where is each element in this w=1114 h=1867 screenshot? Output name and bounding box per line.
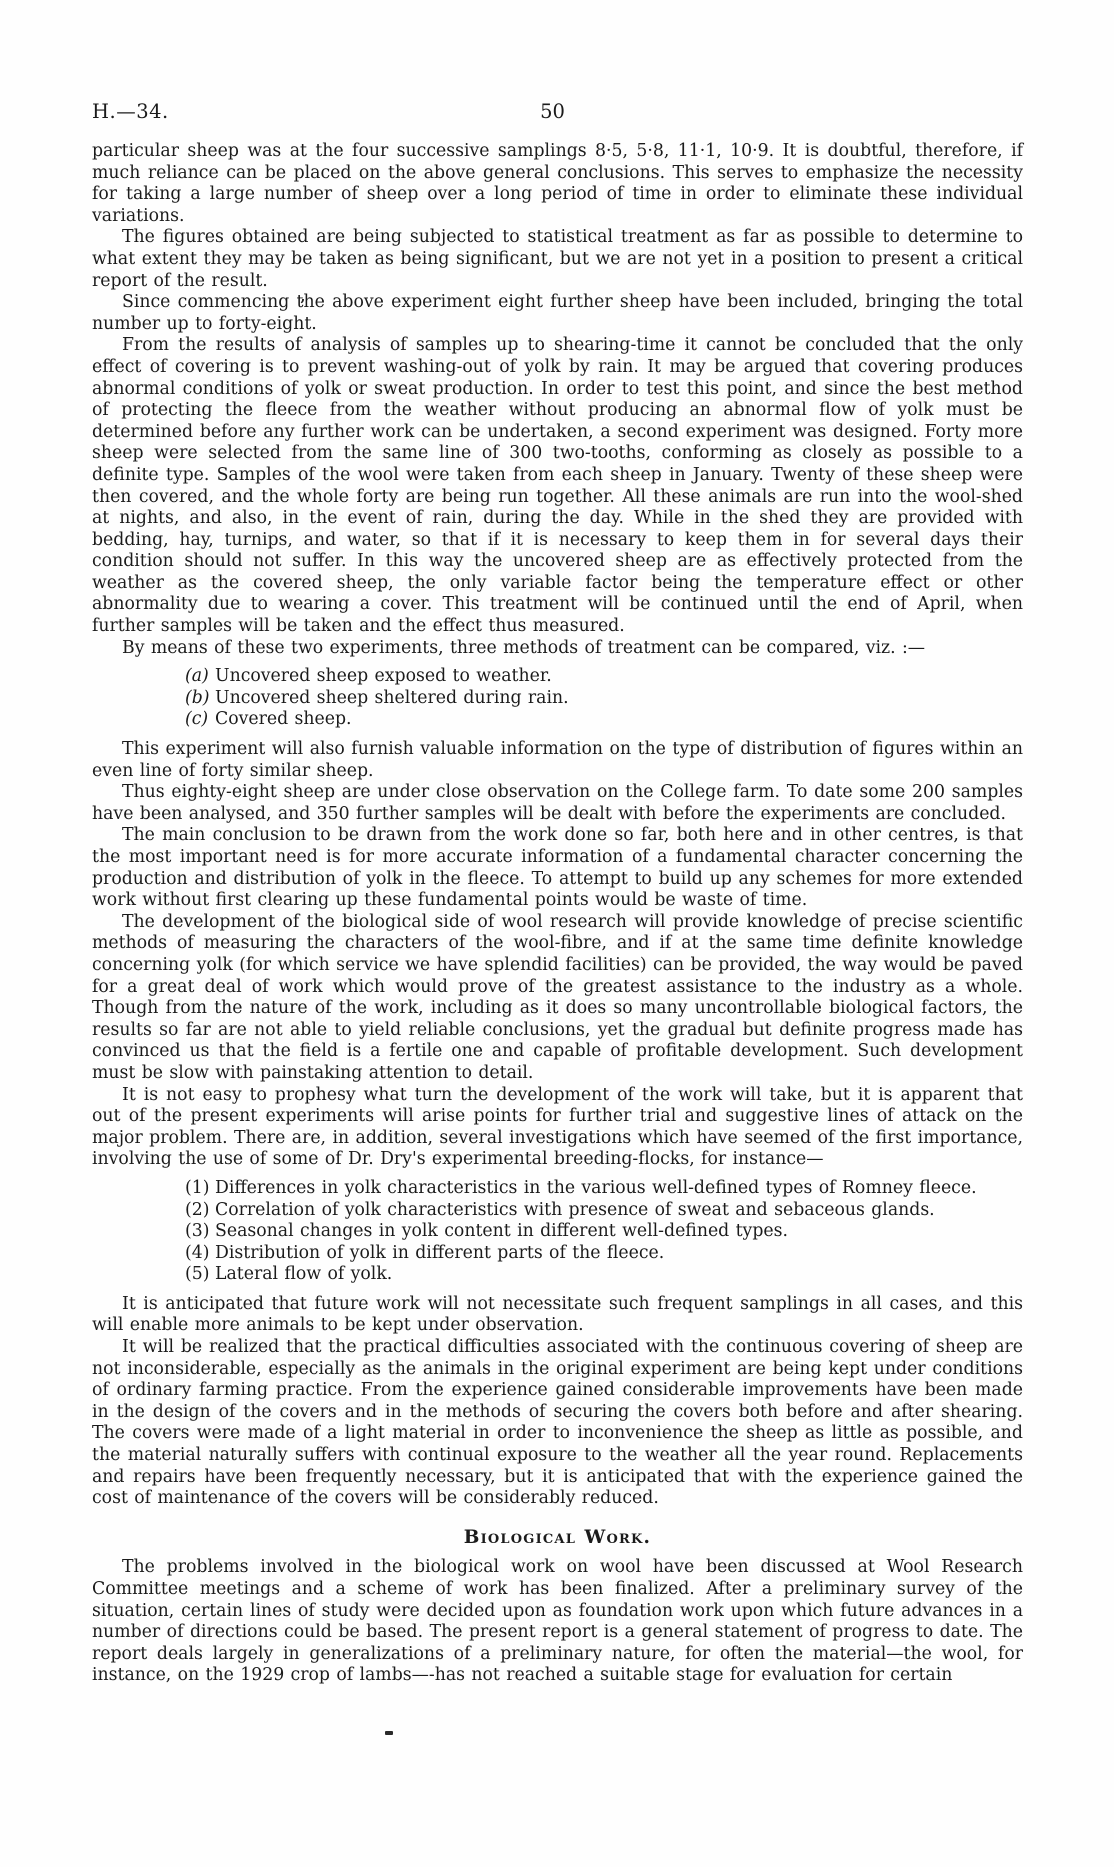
paragraph-practical-difficulties: It will be realized that the practical d… (92, 1337, 1023, 1510)
list-item-text: Lateral flow of yolk. (215, 1264, 1023, 1286)
scanned-document-page: H.—34. 50 particular sheep was at the fo… (0, 0, 1114, 1867)
document-body: particular sheep was at the four success… (92, 141, 1023, 1687)
scan-artifact-stray-mark: ’ (300, 296, 305, 314)
section-heading-biological-work: Biological Work. (92, 1527, 1023, 1549)
paragraph-second-experiment: From the results of analysis of samples … (92, 335, 1023, 637)
paragraph-sampling-variations: particular sheep was at the four success… (92, 141, 1023, 227)
paragraph-biological-development: The development of the biological side o… (92, 912, 1023, 1085)
paragraph-statistical-treatment: The figures obtained are being subjected… (92, 227, 1023, 292)
list-item-text: Uncovered sheep exposed to weather. (215, 666, 1023, 688)
page-number: 50 (92, 100, 1013, 123)
list-item: (b) Uncovered sheep sheltered during rai… (185, 688, 1023, 710)
list-item: (4) Distribution of yolk in different pa… (185, 1243, 1023, 1265)
list-item-text: Differences in yolk characteristics in t… (215, 1178, 1023, 1200)
list-item-text: Distribution of yolk in different parts … (215, 1243, 1023, 1265)
scan-artifact-speck (385, 1731, 393, 1735)
list-item-text: Correlation of yolk characteristics with… (215, 1200, 1023, 1222)
paragraph-three-methods-intro: By means of these two experiments, three… (92, 638, 1023, 660)
paragraph-eight-further-sheep: Since commencing the above experiment ei… (92, 292, 1023, 335)
list-item-text: Uncovered sheep sheltered during rain. (215, 688, 1023, 710)
list-item: (c) Covered sheep. (185, 709, 1023, 731)
page-header: H.—34. 50 (92, 100, 1023, 124)
list-item: (1) Differences in yolk characteristics … (185, 1178, 1023, 1200)
list-item: (2) Correlation of yolk characteristics … (185, 1200, 1023, 1222)
paragraph-future-samplings: It is anticipated that future work will … (92, 1294, 1023, 1337)
list-item-label: (a) (185, 666, 215, 688)
list-item: (3) Seasonal changes in yolk content in … (185, 1221, 1023, 1243)
list-item-label: (2) (185, 1200, 215, 1222)
list-item: (5) Lateral flow of yolk. (185, 1264, 1023, 1286)
list-item-text: Covered sheep. (215, 709, 1023, 731)
paragraph-biological-work-progress: The problems involved in the biological … (92, 1557, 1023, 1687)
paragraph-distribution-information: This experiment will also furnish valuab… (92, 739, 1023, 782)
list-item-text: Seasonal changes in yolk content in diff… (215, 1221, 1023, 1243)
list-item-label: (1) (185, 1178, 215, 1200)
scan-artifact-faint-dot (1000, 1471, 1004, 1474)
paragraph-main-conclusion: The main conclusion to be drawn from the… (92, 825, 1023, 911)
investigations-list: (1) Differences in yolk characteristics … (92, 1178, 1023, 1286)
list-item-label: (4) (185, 1243, 215, 1265)
list-item-label: (3) (185, 1221, 215, 1243)
list-item-label: (c) (185, 709, 215, 731)
paragraph-future-lines-of-attack: It is not easy to prophesy what turn the… (92, 1085, 1023, 1171)
list-item-label: (b) (185, 688, 215, 710)
list-item-label: (5) (185, 1264, 215, 1286)
list-item: (a) Uncovered sheep exposed to weather. (185, 666, 1023, 688)
paragraph-eighty-eight-sheep: Thus eighty-eight sheep are under close … (92, 782, 1023, 825)
treatment-methods-list: (a) Uncovered sheep exposed to weather. … (92, 666, 1023, 731)
